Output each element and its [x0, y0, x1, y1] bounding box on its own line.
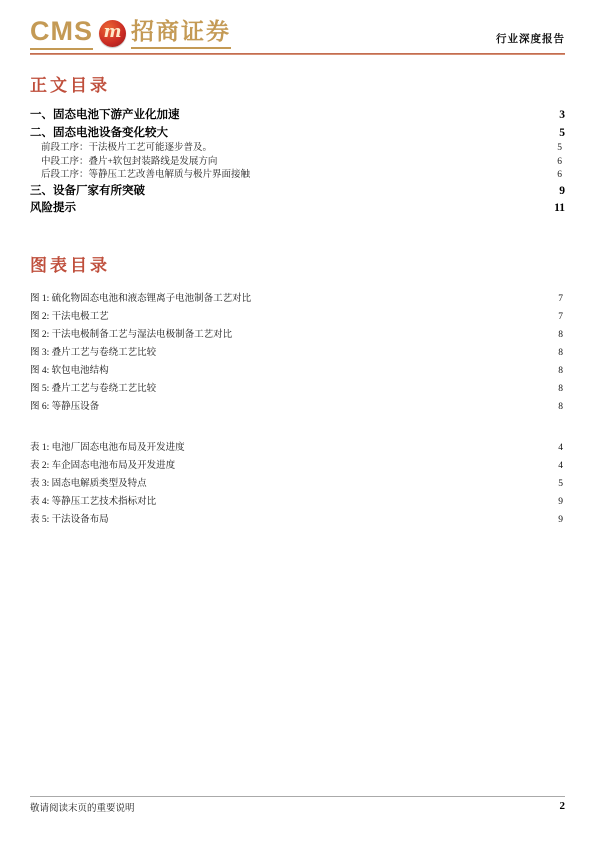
- toc-entry-label: 表 3: 固态电解质类型及特点: [30, 475, 147, 493]
- report-type-label: 行业深度报告: [496, 31, 565, 50]
- table-toc-list: 表 1: 电池厂固态电池布局及开发进度4表 2: 车企固态电池布局及开发进度4表…: [30, 439, 565, 529]
- toc-entry-page: 8: [551, 398, 563, 416]
- toc-entry-page: 11: [550, 200, 565, 218]
- page-header: CMS m 招商证券 行业深度报告: [30, 14, 565, 50]
- toc-entry[interactable]: 表 3: 固态电解质类型及特点5: [30, 475, 565, 493]
- cms-logo: CMS m 招商证券: [30, 18, 231, 50]
- toc-entry-label: 表 4: 等静压工艺技术指标对比: [30, 493, 156, 511]
- toc-entry-page: 7: [551, 290, 563, 308]
- toc-entry-page: 5: [551, 475, 563, 493]
- toc-entry[interactable]: 图 3: 叠片工艺与卷绕工艺比较8: [30, 344, 565, 362]
- toc-entry-label: 风险提示: [30, 200, 76, 218]
- toc-entry[interactable]: 图 6: 等静压设备8: [30, 398, 565, 416]
- toc-entry-label: 表 1: 电池厂固态电池布局及开发进度: [30, 439, 185, 457]
- toc-entry-page: 3: [550, 107, 565, 125]
- toc-entry-label: 表 2: 车企固态电池布局及开发进度: [30, 457, 175, 475]
- toc-entry-page: 8: [551, 362, 563, 380]
- toc-entry-page: 6: [550, 156, 562, 170]
- toc-entry[interactable]: 表 1: 电池厂固态电池布局及开发进度4: [30, 439, 565, 457]
- toc-entry-page: 9: [550, 183, 565, 201]
- toc-entry-label: 三、设备厂家有所突破: [30, 183, 145, 201]
- figure-toc-title: 图表目录: [30, 251, 565, 276]
- toc-entry-label: 表 5: 干法设备布局: [30, 511, 109, 529]
- toc-entry-page: 4: [551, 439, 563, 457]
- page-footer: 敬请阅读末页的重要说明 2: [30, 796, 565, 814]
- cms-logo-chinese-name: 招商证券: [131, 20, 231, 49]
- toc-entry-label: 图 4: 软包电池结构: [30, 362, 109, 380]
- footer-disclaimer: 敬请阅读末页的重要说明: [30, 800, 135, 814]
- toc-entry-label: 前段工序：干法极片工艺可能逐步普及。: [41, 142, 212, 156]
- toc-entry-page: 5: [550, 125, 565, 143]
- toc-entry[interactable]: 表 4: 等静压工艺技术指标对比9: [30, 493, 565, 511]
- toc-entry-label: 后段工序：等静压工艺改善电解质与极片界面接触: [41, 169, 250, 183]
- toc-entry[interactable]: 图 2: 干法电极工艺7: [30, 308, 565, 326]
- toc-entry[interactable]: 前段工序：干法极片工艺可能逐步普及。5: [30, 142, 565, 156]
- report-page: CMS m 招商证券 行业深度报告 正文目录 一、固态电池下游产业化加速3二、固…: [0, 0, 595, 841]
- toc-entry[interactable]: 二、固态电池设备变化较大5: [30, 125, 565, 143]
- cms-logo-text: CMS: [30, 18, 93, 50]
- toc-entry[interactable]: 中段工序：叠片+软包封装路线是发展方向6: [30, 156, 565, 170]
- main-toc-list: 一、固态电池下游产业化加速3二、固态电池设备变化较大5前段工序：干法极片工艺可能…: [30, 107, 565, 218]
- toc-entry[interactable]: 图 4: 软包电池结构8: [30, 362, 565, 380]
- toc-entry-page: 6: [550, 169, 562, 183]
- figure-toc-list: 图 1: 硫化物固态电池和液态锂离子电池制备工艺对比7图 2: 干法电极工艺7图…: [30, 290, 565, 416]
- toc-entry[interactable]: 图 2: 干法电极制备工艺与湿法电极制备工艺对比8: [30, 326, 565, 344]
- toc-entry-page: 7: [551, 308, 563, 326]
- toc-entry[interactable]: 三、设备厂家有所突破9: [30, 183, 565, 201]
- page-number: 2: [560, 800, 566, 812]
- toc-entry[interactable]: 图 5: 叠片工艺与卷绕工艺比较8: [30, 380, 565, 398]
- toc-entry-label: 一、固态电池下游产业化加速: [30, 107, 180, 125]
- toc-entry-label: 图 6: 等静压设备: [30, 398, 99, 416]
- toc-entry[interactable]: 表 2: 车企固态电池布局及开发进度4: [30, 457, 565, 475]
- toc-entry-label: 图 3: 叠片工艺与卷绕工艺比较: [30, 344, 156, 362]
- toc-entry[interactable]: 后段工序：等静压工艺改善电解质与极片界面接触6: [30, 169, 565, 183]
- toc-entry-label: 图 1: 硫化物固态电池和液态锂离子电池制备工艺对比: [30, 290, 251, 308]
- toc-entry[interactable]: 一、固态电池下游产业化加速3: [30, 107, 565, 125]
- toc-entry-page: 5: [550, 142, 562, 156]
- toc-entry[interactable]: 图 1: 硫化物固态电池和液态锂离子电池制备工艺对比7: [30, 290, 565, 308]
- toc-entry-page: 8: [551, 326, 563, 344]
- header-divider: [30, 53, 565, 55]
- toc-entry-label: 图 5: 叠片工艺与卷绕工艺比较: [30, 380, 156, 398]
- cms-logo-icon: m: [99, 20, 126, 47]
- toc-entry-label: 二、固态电池设备变化较大: [30, 125, 168, 143]
- toc-entry-page: 4: [551, 457, 563, 475]
- toc-entry-label: 中段工序：叠片+软包封装路线是发展方向: [41, 156, 217, 170]
- toc-entry[interactable]: 风险提示11: [30, 200, 565, 218]
- main-toc-title: 正文目录: [30, 71, 565, 96]
- toc-entry[interactable]: 表 5: 干法设备布局9: [30, 511, 565, 529]
- toc-entry-label: 图 2: 干法电极制备工艺与湿法电极制备工艺对比: [30, 326, 232, 344]
- toc-entry-page: 9: [551, 493, 563, 511]
- cms-logo-mark-letter: m: [104, 24, 122, 41]
- toc-entry-label: 图 2: 干法电极工艺: [30, 308, 109, 326]
- toc-entry-page: 8: [551, 380, 563, 398]
- toc-entry-page: 8: [551, 344, 563, 362]
- toc-entry-page: 9: [551, 511, 563, 529]
